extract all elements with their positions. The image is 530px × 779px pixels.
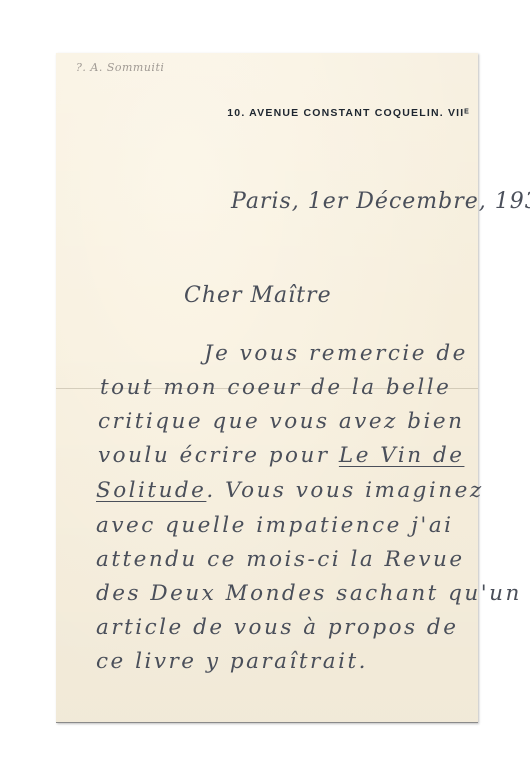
- salutation: Cher Maître: [184, 283, 332, 308]
- body-line-text: avec quelle impatience j'ai: [96, 513, 454, 538]
- book-title-underlined: Solitude: [96, 478, 206, 503]
- body-line: Solitude. Vous vous imaginez: [96, 478, 484, 503]
- body-line: voulu écrire pour Le Vin de: [98, 443, 464, 468]
- body-line-text: tout mon coeur de la belle: [100, 375, 451, 400]
- body-line-text: des Deux Mondes sachant qu'un: [96, 581, 522, 606]
- body-line-text: Je vous remercie de: [204, 341, 468, 366]
- body-line-text: . Vous vous imaginez: [206, 478, 483, 503]
- body-line: article de vous à propos de: [96, 615, 458, 640]
- body-line-text: ce livre y paraîtrait.: [96, 649, 368, 674]
- body-line: attendu ce mois-ci la Revue: [96, 547, 465, 572]
- letterhead-address: 10. AVENUE CONSTANT COQUELIN. VIIᴱ: [227, 107, 470, 119]
- book-title-underlined: Le Vin de: [339, 443, 465, 468]
- body-line: des Deux Mondes sachant qu'un: [96, 581, 522, 606]
- body-line-text: voulu écrire pour: [98, 443, 339, 468]
- pencil-annotation: ?. A. Sommuiti: [76, 61, 164, 74]
- body-line: ce livre y paraîtrait.: [96, 649, 368, 674]
- body-line: critique que vous avez bien: [98, 409, 464, 434]
- body-line-text: article de vous à propos de: [96, 615, 458, 640]
- body-line: avec quelle impatience j'ai: [96, 513, 454, 538]
- body-line: tout mon coeur de la belle: [100, 375, 451, 400]
- letter-sheet: ?. A. Sommuiti 10. AVENUE CONSTANT COQUE…: [56, 53, 478, 723]
- body-line: Je vous remercie de: [204, 341, 468, 366]
- body-line-text: attendu ce mois-ci la Revue: [96, 547, 465, 572]
- body-line-text: critique que vous avez bien: [98, 409, 464, 434]
- date-line: Paris, 1er Décembre, 1935: [231, 189, 530, 214]
